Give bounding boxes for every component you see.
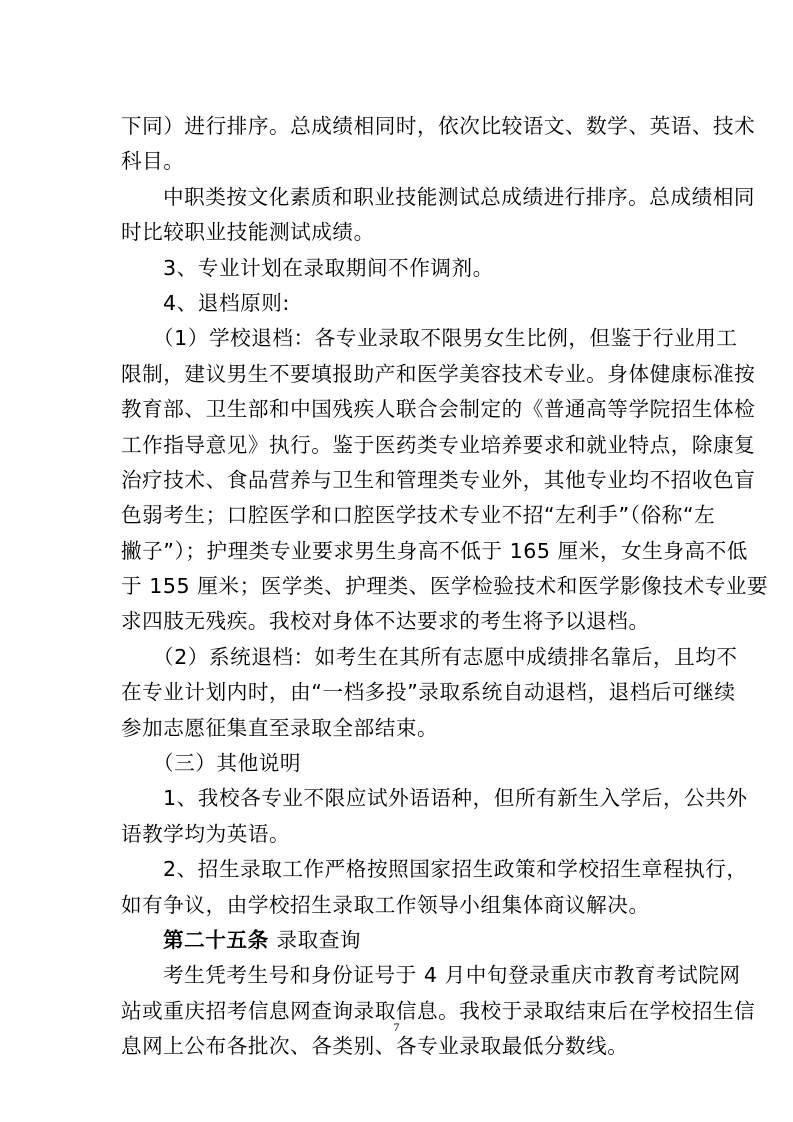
- text-line: 下同）进行排序。总成绩相同时，依次比较语文、数学、英语、技术: [121, 109, 674, 144]
- text-line: 科目。: [121, 144, 674, 179]
- text-line: 求四肢无残疾。我校对身体不达要求的考生将予以退档。: [121, 604, 674, 639]
- section-other-notes-heading: （三）其他说明: [121, 746, 674, 781]
- text-line: 工作指导意见》执行。鉴于医药类专业培养要求和就业特点，除康复: [121, 428, 674, 463]
- text-line: 色弱考生；口腔医学和口腔医学技术专业不招“左利手”（俗称“左: [121, 498, 674, 533]
- page-number: 7: [0, 1020, 793, 1035]
- text-line: 限制，建议男生不要填报助产和医学美容技术专业。身体健康标准按: [121, 357, 674, 392]
- item-4-withdrawal-principles: 4、退档原则:: [121, 286, 674, 321]
- text-line: 教育部、卫生部和中国残疾人联合会制定的《普通高等学院招生体检: [121, 392, 674, 427]
- text-line: 语教学均为英语。: [121, 817, 674, 852]
- paragraph-vocational-ranking: 中职类按文化素质和职业技能测试总成绩进行排序。总成绩相同: [121, 180, 674, 215]
- article-title: 录取查询: [276, 928, 361, 952]
- item-3-no-adjustment: 3、专业计划在录取期间不作调剂。: [121, 251, 674, 286]
- article-number: 第二十五条: [163, 928, 276, 952]
- text-line: 撇子”）；护理类专业要求男生身高不低于 165 厘米，女生身高不低: [121, 534, 674, 569]
- paragraph-admission-query: 考生凭考生号和身份证号于 4 月中旬登录重庆市教育考试院网: [121, 958, 674, 993]
- note-1-foreign-language: 1、我校各专业不限应试外语语种，但所有新生入学后，公共外: [121, 781, 674, 816]
- text-line: 时比较职业技能测试成绩。: [121, 215, 674, 250]
- text-line: 参加志愿征集直至录取全部结束。: [121, 711, 674, 746]
- text-line: 在专业计划内时，由“一档多投”录取系统自动退档，退档后可继续: [121, 675, 674, 710]
- subitem-system-withdrawal: （2）系统退档：如考生在其所有志愿中成绩排名靠后，且均不: [121, 640, 674, 675]
- document-page: 下同）进行排序。总成绩相同时，依次比较语文、数学、英语、技术 科目。 中职类按文…: [121, 109, 674, 1065]
- article-25-heading: 第二十五条 录取查询: [121, 923, 674, 958]
- note-2-disputes: 2、招生录取工作严格按照国家招生政策和学校招生章程执行，: [121, 852, 674, 887]
- text-line: 于 155 厘米；医学类、护理类、医学检验技术和医学影像技术专业要: [121, 569, 674, 604]
- subitem-school-withdrawal: （1）学校退档：各专业录取不限男女生比例，但鉴于行业用工: [121, 321, 674, 356]
- text-line: 治疗技术、食品营养与卫生和管理类专业外，其他专业均不招收色盲: [121, 463, 674, 498]
- text-line: 如有争议，由学校招生录取工作领导小组集体商议解决。: [121, 888, 674, 923]
